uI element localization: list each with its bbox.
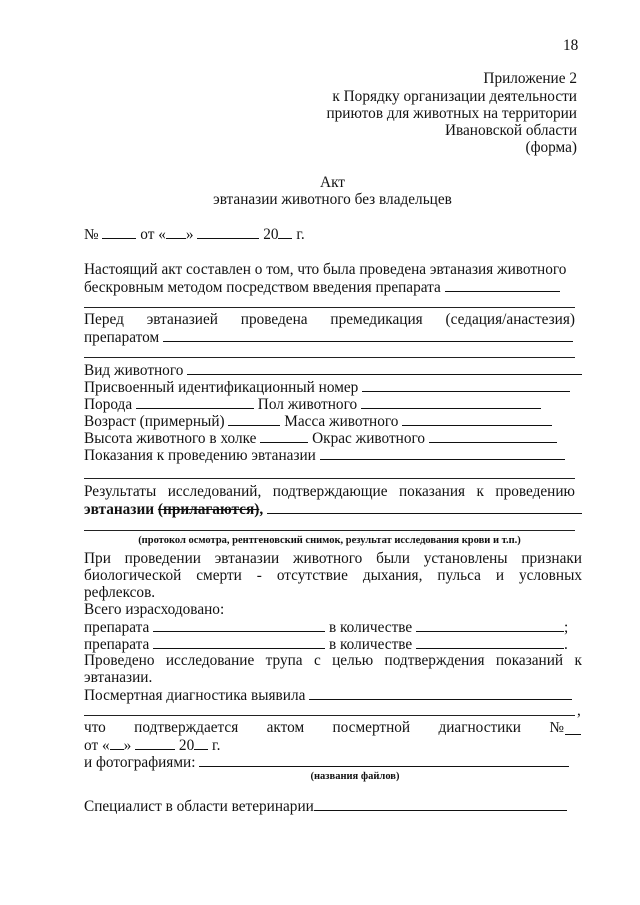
indications-field[interactable] (320, 446, 565, 460)
indications-field-continued[interactable] (84, 478, 575, 479)
quantity-label-2: в количестве (329, 636, 412, 653)
drug-name-field-continued[interactable] (84, 307, 575, 308)
word: диагностики (438, 719, 521, 736)
appendix-line4: Ивановской области (277, 122, 577, 139)
appendix-form-label: (форма) (277, 139, 577, 156)
postmortem-day-field[interactable] (110, 736, 124, 750)
photos-hint: (названия файлов) (250, 771, 460, 782)
height-field[interactable] (260, 429, 308, 443)
sex-field[interactable] (361, 395, 541, 409)
height-color-row: Высота животного в холке Окрас животного (84, 429, 557, 447)
act-month-field[interactable] (197, 225, 259, 239)
drug-field-2[interactable] (153, 635, 325, 649)
drug-label-2: препарата (84, 636, 149, 653)
word: дыхания, (363, 567, 423, 584)
word: что (84, 719, 106, 736)
photos-label: и фотографиями: (84, 754, 195, 771)
id-number-row: Присвоенный идентификационный номер (84, 378, 570, 396)
word: проведении (125, 550, 201, 567)
word: к (477, 483, 484, 500)
age-field[interactable] (228, 412, 280, 426)
word: отсутствие (277, 567, 348, 584)
postmortem-diagnosis-label: Посмертная диагностика выявила (84, 687, 305, 704)
word: проведению (495, 483, 575, 500)
indications-row: Показания к проведению эвтаназии (84, 446, 565, 464)
intro-line2: бескровным методом посредством введения … (84, 278, 560, 296)
word: (седация/анастезия) (446, 311, 575, 328)
id-number-label: Присвоенный идентификационный номер (84, 379, 358, 396)
quote-close: » (124, 737, 132, 754)
postmortem-year-field[interactable] (194, 736, 208, 750)
results-line1: Результаты исследований, подтверждающие … (84, 483, 575, 500)
age-weight-row: Возраст (примерный) Масса животного (84, 412, 552, 430)
word: исследование (166, 652, 254, 669)
word: были (376, 550, 410, 567)
height-label: Высота животного в холке (84, 430, 256, 447)
word: Перед (84, 311, 124, 328)
postmortem-diagnosis-field[interactable] (309, 686, 572, 700)
drug-name-field[interactable] (445, 278, 560, 292)
results-field[interactable] (267, 500, 582, 514)
appendix-line2: к Порядку организации деятельности (277, 88, 577, 105)
word: с (314, 652, 321, 669)
death-signs-line1: При проведении эвтаназии животного были … (84, 550, 582, 567)
quantity-field-2[interactable] (416, 635, 564, 649)
premedication-drug-label: препаратом (84, 329, 159, 346)
species-label: Вид животного (84, 362, 183, 379)
word: № (549, 719, 564, 736)
appendix-line3: приютов для животных на территории (277, 105, 577, 122)
word: установлены (424, 550, 508, 567)
from-label: от « (140, 226, 166, 243)
premedication-line2: препаратом (84, 328, 573, 346)
results-field-continued[interactable] (84, 530, 575, 531)
diagnosis-comma: , (577, 702, 581, 719)
intro-line2-text: бескровным методом посредством введения … (84, 279, 441, 296)
age-label: Возраст (примерный) (84, 413, 225, 430)
results-hint: (протокол осмотра, рентгеновский снимок,… (84, 535, 575, 546)
word: и (496, 567, 504, 584)
word: эвтаназией (147, 311, 218, 328)
autopsy-line2: эвтаназии. (84, 669, 152, 686)
postmortem-diagnosis-row: Посмертная диагностика выявила (84, 686, 572, 704)
quantity-field-1[interactable] (416, 618, 564, 632)
word: целью (332, 652, 373, 669)
year-prefix: 20 (179, 737, 194, 754)
breed-field[interactable] (136, 395, 254, 409)
act-day-field[interactable] (166, 225, 186, 239)
word: исследований, (168, 483, 262, 500)
species-row: Вид животного (84, 361, 582, 379)
breed-sex-row: Порода Пол животного (84, 395, 541, 413)
drug-field-1[interactable] (153, 618, 325, 632)
word: трупа (266, 652, 303, 669)
consumed-row-2: препарата в количестве . (84, 635, 568, 653)
photos-row: и фотографиями: (84, 753, 569, 771)
results-attached-struck: (прилагаются) (158, 501, 259, 518)
word: актом (267, 719, 305, 736)
word: подтверждения (385, 652, 485, 669)
word: условных (519, 567, 582, 584)
species-field[interactable] (187, 361, 582, 375)
results-line2: эвтаназии (прилагаются), (84, 500, 582, 518)
act-number-field[interactable] (102, 225, 136, 239)
postmortem-diagnosis-field-continued[interactable] (84, 715, 575, 716)
word: эвтаназии (215, 550, 279, 567)
consumed-title: Всего израсходовано: (84, 601, 224, 618)
color-field[interactable] (429, 429, 557, 443)
word: показания (399, 483, 465, 500)
premedication-line1: Перед эвтаназией проведена премедикация … (84, 311, 575, 328)
act-year-field[interactable] (278, 225, 292, 239)
word: - (257, 567, 262, 584)
signature-row: Специалист в области ветеринарии (84, 797, 567, 815)
word: подтверждается (134, 719, 238, 736)
word: животного (293, 550, 362, 567)
consumed-row-1: препарата в количестве ; (84, 618, 568, 636)
signature-field[interactable] (314, 797, 567, 811)
word: Результаты (84, 483, 156, 500)
results-comma: , (259, 501, 263, 518)
results-euthanasia-word: эвтаназии (84, 501, 158, 518)
word: биологической (84, 567, 181, 584)
weight-field[interactable] (402, 412, 552, 426)
word: смерти (196, 567, 242, 584)
postmortem-act-number-field[interactable] (565, 721, 581, 735)
year-suffix: г. (296, 226, 304, 243)
quantity-label-1: в количестве (329, 619, 412, 636)
breed-label: Порода (84, 396, 132, 413)
signature-label: Специалист в области ветеринарии (84, 798, 314, 815)
period: . (564, 636, 568, 653)
document-subtitle: эвтаназии животного без владельцев (0, 191, 640, 208)
id-number-field[interactable] (362, 378, 570, 392)
postmortem-act-date: от «» 20 г. (84, 736, 220, 754)
autopsy-line1: Проведено исследование трупа с целью под… (84, 652, 582, 669)
intro-line1: Настоящий акт составлен о том, что была … (84, 261, 566, 278)
year-suffix: г. (212, 737, 220, 754)
death-signs-line3: рефлексов. (84, 584, 155, 601)
word: Проведено (84, 652, 154, 669)
word: показаний (496, 652, 563, 669)
drug-label-1: препарата (84, 619, 149, 636)
word: к (574, 652, 581, 669)
weight-label: Масса животного (284, 413, 398, 430)
appendix-label: Приложение 2 (277, 70, 577, 87)
photos-field[interactable] (199, 753, 569, 767)
document-title: Акт (0, 174, 640, 191)
word: премедикация (330, 311, 422, 328)
word: посмертной (332, 719, 410, 736)
semicolon: ; (564, 619, 568, 636)
quote-close: » (186, 226, 194, 243)
postmortem-month-field[interactable] (135, 736, 175, 750)
word: признаки (521, 550, 582, 567)
word: При (84, 550, 111, 567)
year-prefix: 20 (263, 226, 278, 243)
word: проведена (241, 311, 308, 328)
word: пульса (437, 567, 481, 584)
color-label: Окрас животного (312, 430, 425, 447)
number-sign: № (84, 226, 99, 243)
indications-label: Показания к проведению эвтаназии (84, 447, 316, 464)
sex-label: Пол животного (258, 396, 357, 413)
from-label: от « (84, 737, 110, 754)
word: подтверждающие (273, 483, 388, 500)
premedication-drug-field-continued[interactable] (84, 357, 575, 358)
confirm-line: что подтверждается актом посмертной диаг… (84, 719, 564, 736)
act-number-line: № от «» 20 г. (84, 225, 305, 243)
premedication-drug-field[interactable] (163, 328, 573, 342)
death-signs-line2: биологической смерти - отсутствие дыхани… (84, 567, 582, 584)
page-number: 18 (563, 37, 578, 54)
